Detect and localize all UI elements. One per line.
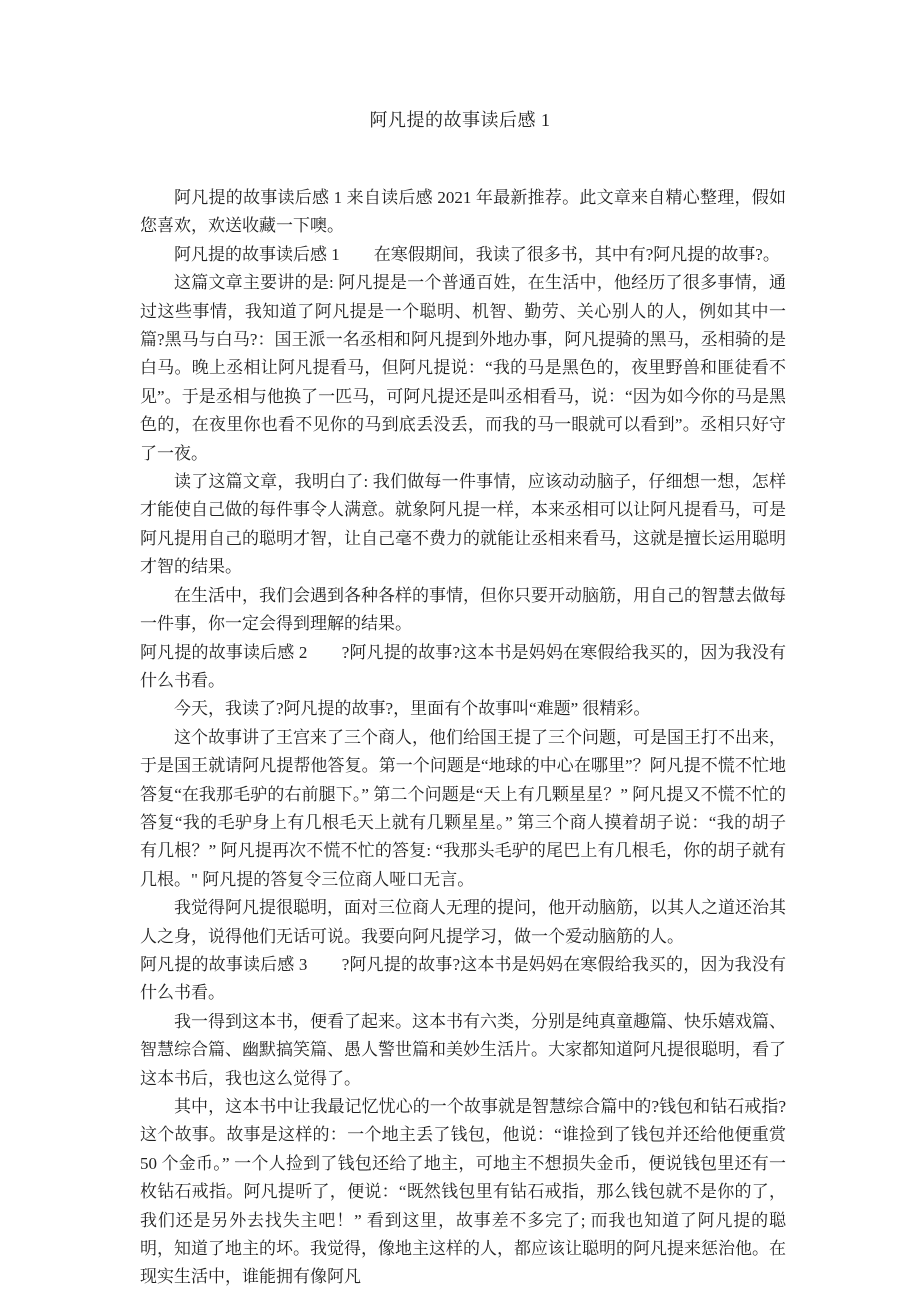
document-page: 阿凡提的故事读后感 1 阿凡提的故事读后感 1 来自读后感 2021 年最新推荐…: [0, 0, 920, 1302]
paragraph: 阿凡提的故事读后感 1 在寒假期间，我读了很多书，其中有?阿凡提的故事?。: [140, 241, 786, 269]
paragraph: 这个故事讲了王宫来了三个商人，他们给国王提了三个问题，可是国王打不出来，于是国王…: [140, 724, 786, 894]
document-title: 阿凡提的故事读后感 1: [0, 0, 920, 134]
paragraph: 阿凡提的故事读后感 2 ?阿凡提的故事?这本书是妈妈在寒假给我买的，因为我没有什…: [140, 639, 786, 696]
paragraph: 我觉得阿凡提很聪明，面对三位商人无理的提问，他开动脑筋，以其人之道还治其人之身，…: [140, 894, 786, 951]
paragraph: 在生活中，我们会遇到各种各样的事情，但你只要开动脑筋，用自己的智慧去做每一件事，…: [140, 582, 786, 639]
paragraph: 今天，我读了?阿凡提的故事?，里面有个故事叫“难题” 很精彩。: [140, 695, 786, 723]
paragraph: 其中，这本书中让我最记忆忧心的一个故事就是智慧综合篇中的?钱包和钻石戒指?这个故…: [140, 1093, 786, 1292]
paragraph: 读了这篇文章，我明白了: 我们做每一件事情，应该动动脑子，仔细想一想，怎样才能使…: [140, 468, 786, 582]
document-body: 阿凡提的故事读后感 1 来自读后感 2021 年最新推荐。此文章来自精心整理，假…: [0, 184, 786, 1292]
paragraph: 阿凡提的故事读后感 1 来自读后感 2021 年最新推荐。此文章来自精心整理，假…: [140, 184, 786, 241]
paragraph: 阿凡提的故事读后感 3 ?阿凡提的故事?这本书是妈妈在寒假给我买的，因为我没有什…: [140, 951, 786, 1008]
paragraph: 我一得到这本书，便看了起来。这本书有六类，分别是纯真童趣篇、快乐嬉戏篇、智慧综合…: [140, 1008, 786, 1093]
paragraph: 这篇文章主要讲的是: 阿凡提是一个普通百姓，在生活中，他经历了很多事情，通过这些…: [140, 269, 786, 468]
